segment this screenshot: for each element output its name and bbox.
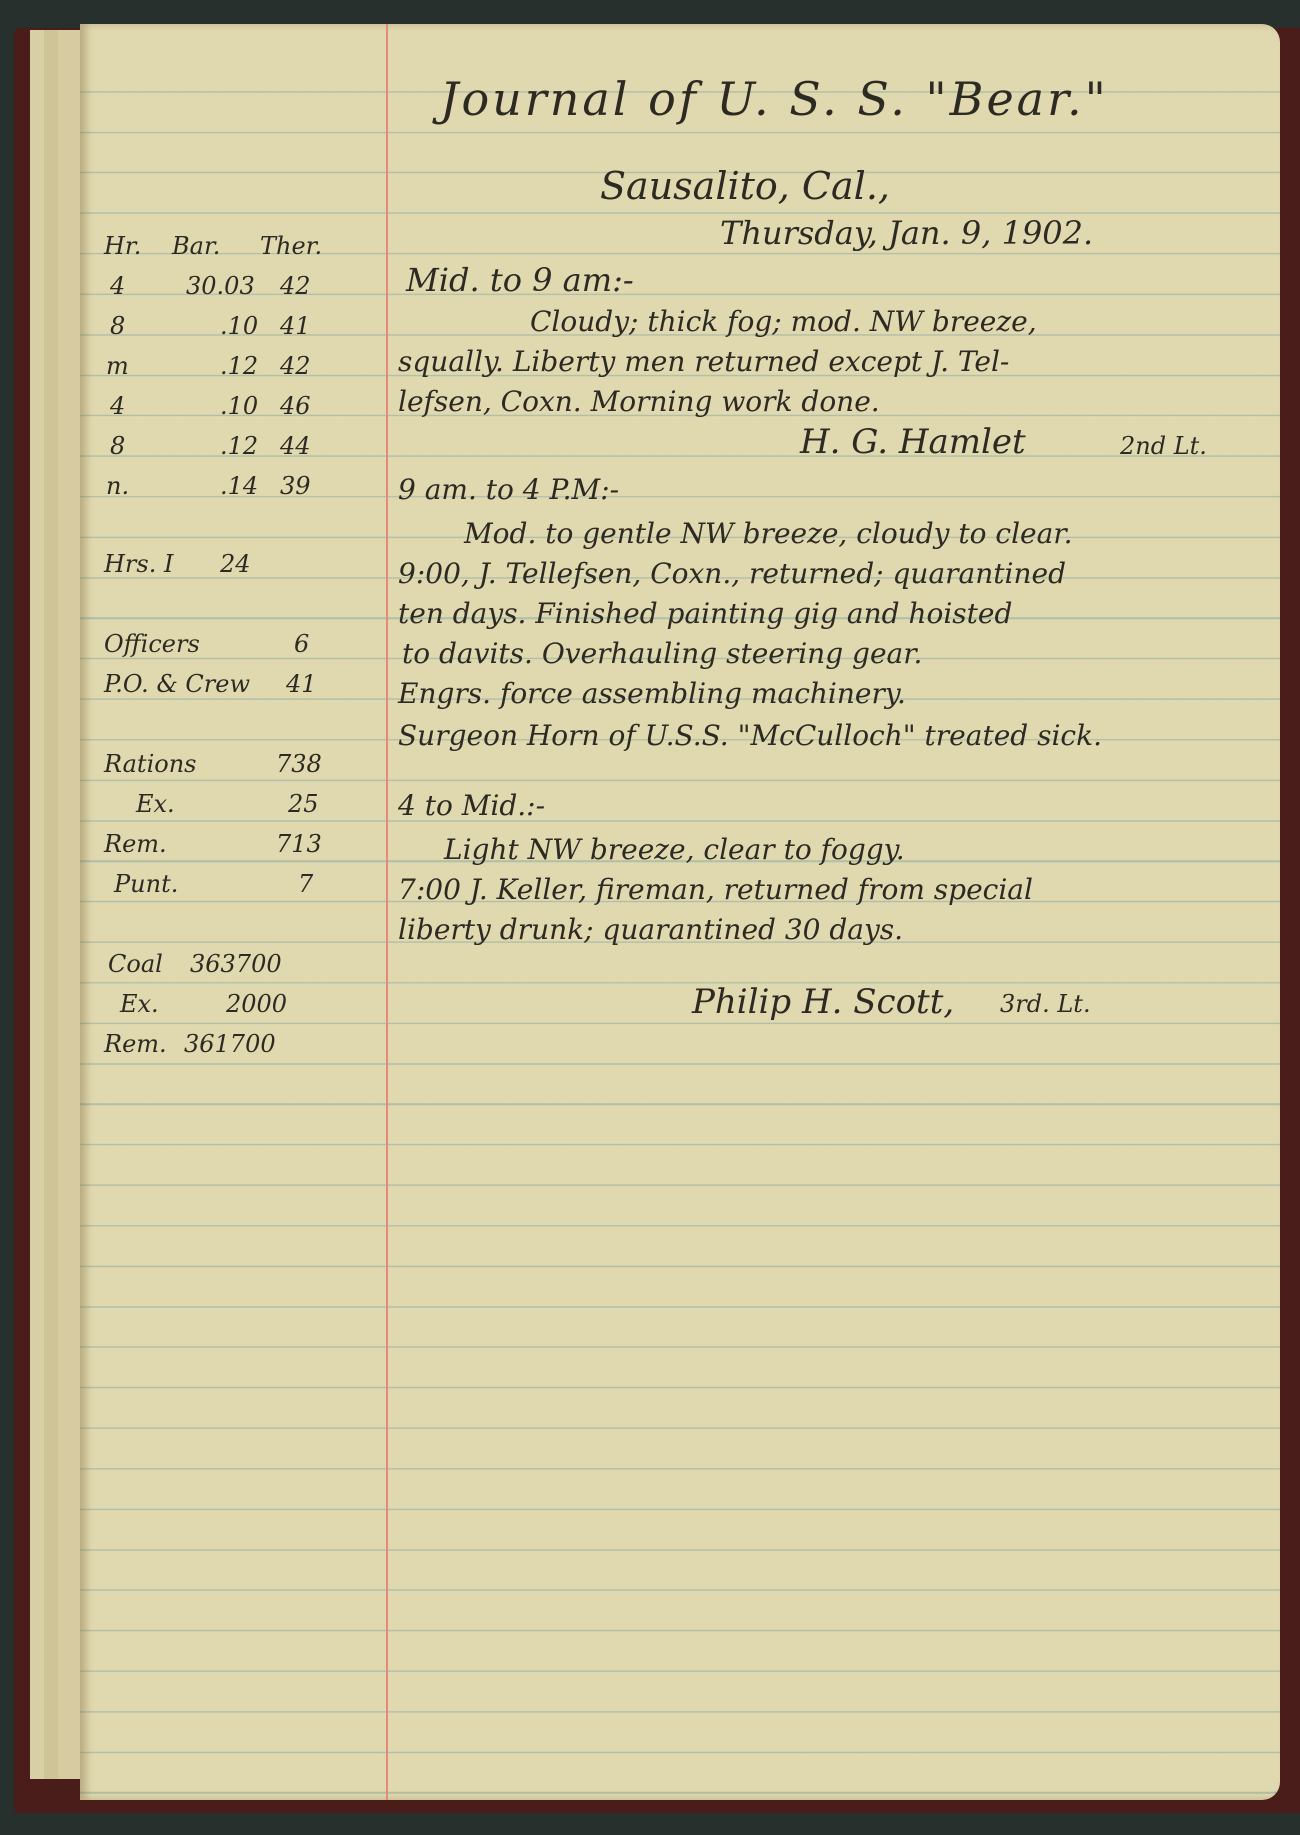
signature: H. G. Hamlet bbox=[800, 422, 1026, 462]
watch-heading: 4 to Mid.:- bbox=[398, 786, 545, 826]
col-header-bar: Bar. bbox=[172, 232, 220, 260]
entry-line: Surgeon Horn of U.S.S. "McCulloch" treat… bbox=[398, 716, 1102, 756]
entry-line: ten days. Finished painting gig and hois… bbox=[398, 594, 1012, 634]
location: Sausalito, Cal., bbox=[600, 164, 890, 208]
coal-ex-value: 2000 bbox=[226, 990, 287, 1018]
cell-ther: 42 bbox=[280, 272, 311, 300]
rank: 2nd Lt. bbox=[1120, 432, 1207, 460]
entry-line: Light NW breeze, clear to foggy. bbox=[444, 830, 905, 870]
rations-rem-label: Rem. bbox=[104, 830, 167, 858]
cell-hr: 8 bbox=[110, 312, 125, 340]
cell-bar: .12 bbox=[220, 432, 258, 460]
hours-label: Hrs. I bbox=[104, 550, 173, 578]
crew-label: P.O. & Crew bbox=[104, 670, 250, 698]
entry-line: squally. Liberty men returned except J. … bbox=[398, 342, 1009, 382]
crew-value: 41 bbox=[286, 670, 317, 698]
rations-ex-value: 25 bbox=[288, 790, 319, 818]
hours-value: 24 bbox=[220, 550, 251, 578]
cell-ther: 39 bbox=[280, 472, 311, 500]
rations-rem-value: 713 bbox=[276, 830, 322, 858]
rations-value: 738 bbox=[276, 750, 322, 778]
entry-line: Engrs. force assembling machinery. bbox=[398, 674, 906, 714]
punt-label: Punt. bbox=[114, 870, 178, 898]
cell-bar: .12 bbox=[220, 352, 258, 380]
col-header-hr: Hr. bbox=[104, 232, 141, 260]
journal-title: Journal of U. S. S. "Bear." bbox=[440, 72, 1109, 126]
watch-heading: Mid. to 9 am:- bbox=[406, 260, 634, 300]
cell-hr: 4 bbox=[110, 392, 125, 420]
entry-line: 7:00 J. Keller, fireman, returned from s… bbox=[398, 870, 1033, 910]
coal-rem-label: Rem. bbox=[104, 1030, 167, 1058]
margin-rule bbox=[386, 24, 388, 1800]
rations-label: Rations bbox=[104, 750, 196, 778]
entry-date: Thursday, Jan. 9, 1902. bbox=[720, 214, 1093, 252]
coal-label: Coal bbox=[108, 950, 163, 978]
cell-hr: m bbox=[106, 352, 129, 380]
coal-rem-value: 361700 bbox=[184, 1030, 276, 1058]
watch-heading: 9 am. to 4 P.M:- bbox=[398, 470, 619, 510]
rations-ex-label: Ex. bbox=[136, 790, 175, 818]
officers-value: 6 bbox=[294, 630, 309, 658]
rank: 3rd. Lt. bbox=[1000, 990, 1091, 1018]
journal-page: Journal of U. S. S. "Bear." Sausalito, C… bbox=[80, 24, 1280, 1800]
cell-ther: 42 bbox=[280, 352, 311, 380]
cell-hr: 8 bbox=[110, 432, 125, 460]
entry-line: liberty drunk; quarantined 30 days. bbox=[398, 910, 903, 950]
cell-bar: .14 bbox=[220, 472, 258, 500]
cell-hr: 4 bbox=[110, 272, 125, 300]
entry-line: 9:00, J. Tellefsen, Coxn., returned; qua… bbox=[398, 554, 1066, 594]
entry-line: Mod. to gentle NW breeze, cloudy to clea… bbox=[464, 514, 1073, 554]
cell-bar: 30.03 bbox=[186, 272, 255, 300]
entry-line: Cloudy; thick fog; mod. NW breeze, bbox=[530, 302, 1037, 342]
officers-label: Officers bbox=[104, 630, 200, 658]
cell-ther: 46 bbox=[280, 392, 311, 420]
cell-hr: n. bbox=[106, 472, 129, 500]
entry-line: lefsen, Coxn. Morning work done. bbox=[398, 382, 880, 422]
coal-value: 363700 bbox=[190, 950, 282, 978]
entry-line: to davits. Overhauling steering gear. bbox=[402, 634, 922, 674]
cell-bar: .10 bbox=[220, 392, 258, 420]
signature: Philip H. Scott, bbox=[692, 982, 954, 1022]
cell-ther: 44 bbox=[280, 432, 311, 460]
punt-value: 7 bbox=[298, 870, 313, 898]
cell-bar: .10 bbox=[220, 312, 258, 340]
cell-ther: 41 bbox=[280, 312, 311, 340]
coal-ex-label: Ex. bbox=[120, 990, 159, 1018]
col-header-ther: Ther. bbox=[260, 232, 322, 260]
